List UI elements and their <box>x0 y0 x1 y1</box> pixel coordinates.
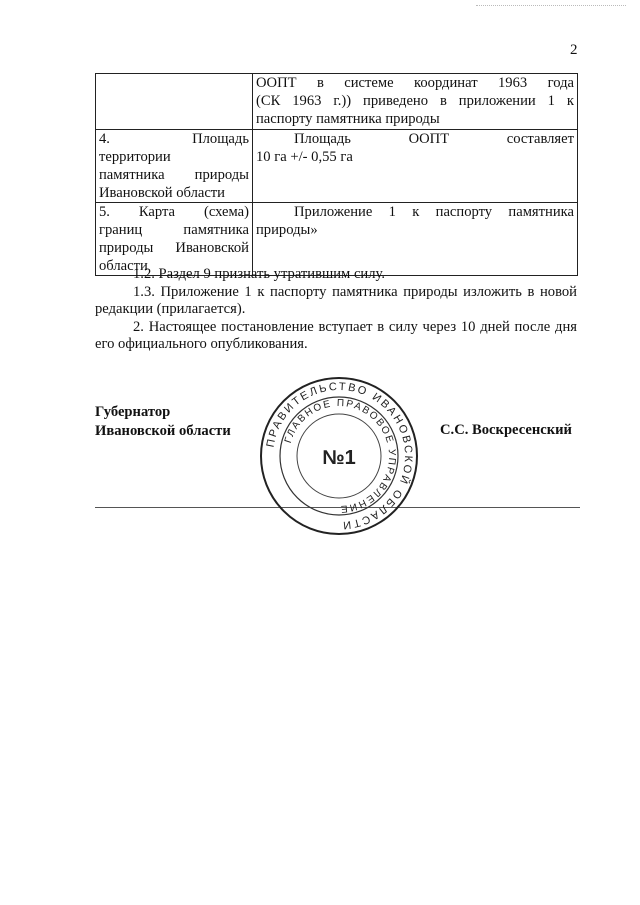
paragraph: 1.3. Приложение 1 к паспорту памятника п… <box>95 284 577 319</box>
cell-line: (СК 1963 г.)) приведено в приложении 1 к <box>256 92 574 110</box>
document-body: 1.2. Раздел 9 признать утратившим силу. … <box>95 266 577 354</box>
signatory-title-line: Ивановской области <box>95 422 231 441</box>
signatory-title-line: Губернатор <box>95 403 231 422</box>
table-cell-label: 5. Карта (схема) границ памятника природ… <box>96 203 253 276</box>
table-cell-label: 4. Площадь территории памятника природы … <box>96 130 253 203</box>
table-row: 5. Карта (схема) границ памятника природ… <box>96 203 578 276</box>
table-row: 4. Площадь территории памятника природы … <box>96 130 578 203</box>
cell-line: природы Ивановской <box>99 239 249 257</box>
passport-table: ООПТ в системе координат 1963 года (СК 1… <box>95 73 578 276</box>
paragraph: 1.2. Раздел 9 признать утратившим силу. <box>95 266 577 284</box>
cell-line: границ памятника <box>99 221 249 239</box>
cell-line: ООПТ в системе координат 1963 года <box>256 74 574 92</box>
signatory-name: С.С. Воскресенский <box>440 422 572 439</box>
cell-line: территории <box>99 148 249 166</box>
cell-line: 5. Карта (схема) <box>99 203 249 221</box>
cell-line: 4. Площадь <box>99 130 249 148</box>
signatory-title: Губернатор Ивановской области <box>95 403 231 441</box>
scan-artifact <box>476 5 626 8</box>
cell-line: Ивановской области <box>99 184 249 202</box>
table-row: ООПТ в системе координат 1963 года (СК 1… <box>96 74 578 130</box>
cell-line: Приложение 1 к паспорту памятника <box>256 203 574 221</box>
cell-line: Площадь ООПТ составляет <box>256 130 574 148</box>
cell-line: паспорту памятника природы <box>256 111 440 127</box>
stamp-center-text: №1 <box>322 447 355 469</box>
table-cell-value: Площадь ООПТ составляет 10 га +/- 0,55 г… <box>253 130 578 203</box>
cell-line: природы» <box>256 221 574 239</box>
cell-line: 10 га +/- 0,55 га <box>256 148 574 166</box>
cell-line: памятника природы <box>99 166 249 184</box>
official-stamp-icon: ПРАВИТЕЛЬСТВО ИВАНОВСКОЙ ОБЛАСТИ ГЛАВНОЕ… <box>258 375 420 537</box>
paragraph: 2. Настоящее постановление вступает в си… <box>95 319 577 354</box>
page-number: 2 <box>570 42 578 59</box>
table-cell-value: Приложение 1 к паспорту памятника природ… <box>253 203 578 276</box>
table-cell-label <box>96 74 253 130</box>
table-cell-value: ООПТ в системе координат 1963 года (СК 1… <box>253 74 578 130</box>
